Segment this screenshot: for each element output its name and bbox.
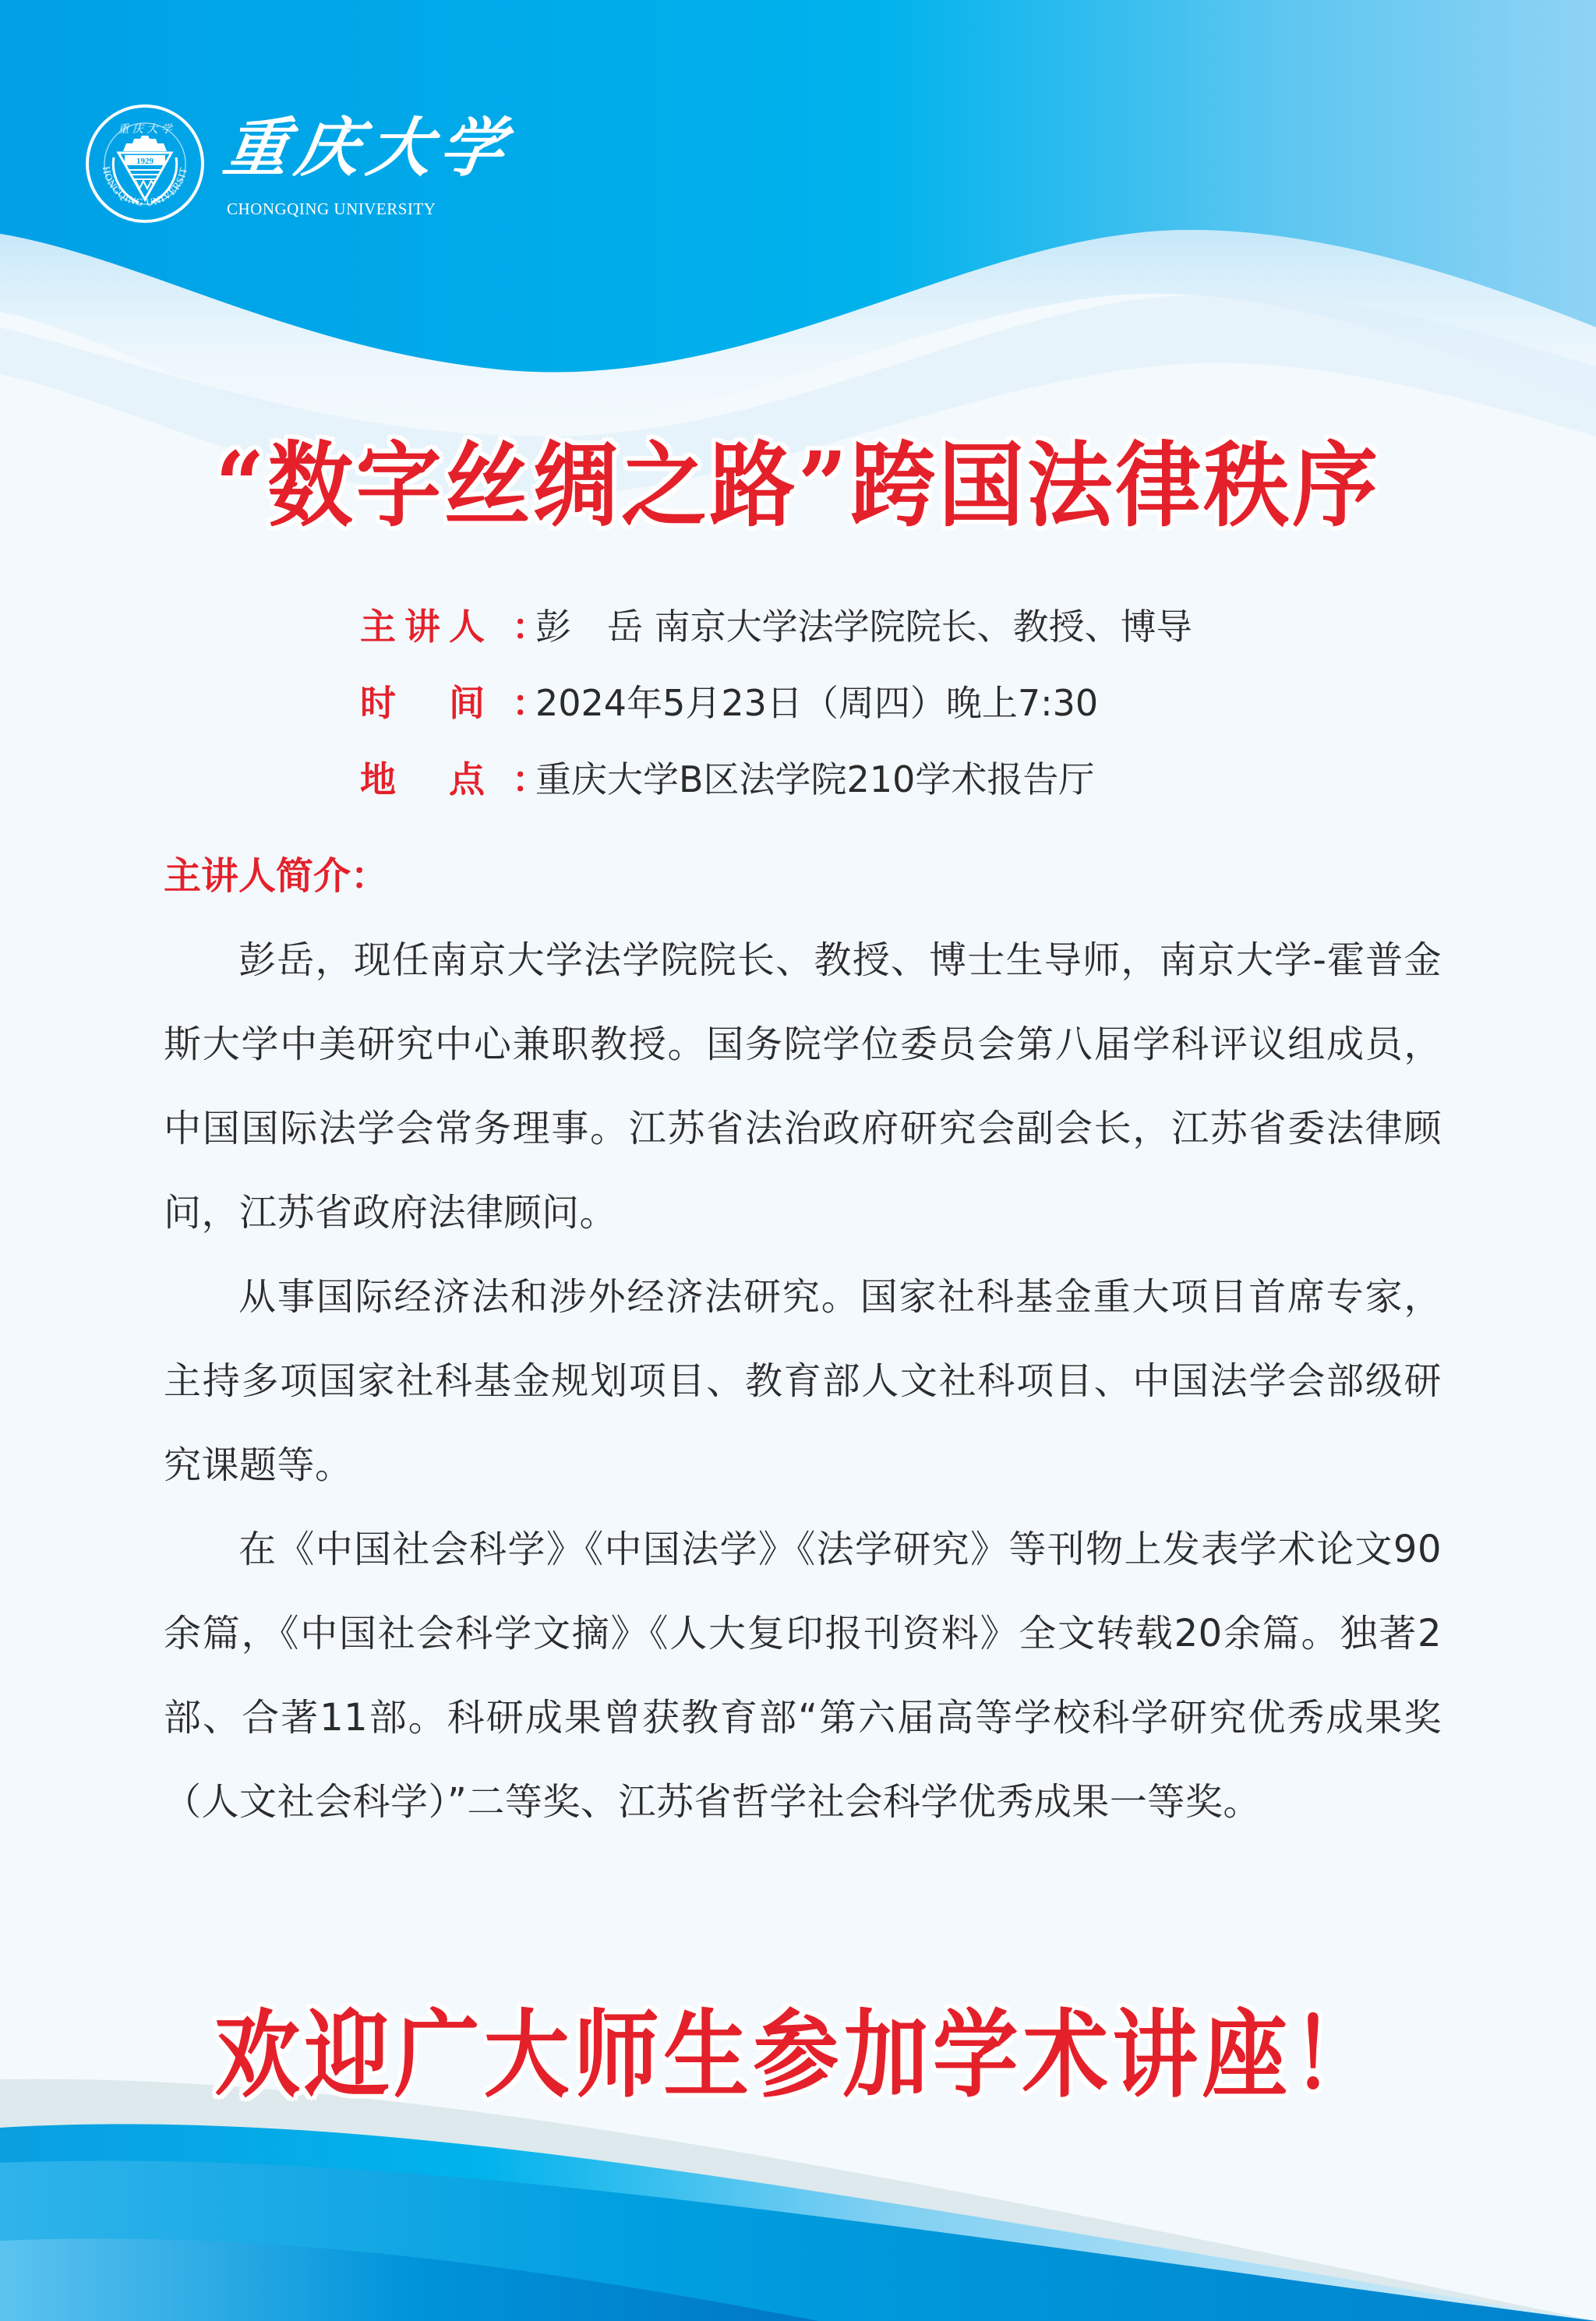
info-row-location: 地 点 ： 重庆大学B区法学院210学术报告厅	[360, 739, 1192, 815]
svg-text:重 庆 大 学: 重 庆 大 学	[118, 123, 173, 136]
label-char: 点	[449, 751, 485, 803]
bio-paragraph: 从事国际经济法和涉外经济法研究。国家社科基金重大项目首席专家，主持多项国家社科基…	[164, 1255, 1442, 1507]
bio-paragraph: 彭岳，现任南京大学法学院院长、教授、博士生导师，南京大学-霍普金斯大学中美研究中…	[164, 918, 1442, 1255]
university-logo: 1929 CHONGQING UNIVERSITY 重 庆 大 学 重庆大学 C…	[84, 103, 489, 228]
lecture-info: 主 讲 人 ： 彭 岳 南京大学法学院院长、教授、博导 时 间 ： 2024年5…	[360, 586, 1192, 815]
label-char: 人	[449, 599, 485, 650]
welcome-slogan: 欢迎广大师生参加学术讲座！	[79, 1992, 1516, 2117]
university-name-cn: 重庆大学	[219, 109, 517, 187]
label-char: 地	[360, 751, 396, 803]
lecture-title: “数字丝绸之路”跨国法律秩序	[56, 427, 1541, 544]
info-value-speaker: 彭 岳 南京大学法学院院长、教授、博导	[535, 599, 1192, 650]
info-colon: ：	[512, 599, 535, 650]
label-char: 间	[449, 675, 485, 726]
university-emblem-icon: 1929 CHONGQING UNIVERSITY 重 庆 大 学	[84, 103, 206, 224]
info-label-speaker: 主 讲 人	[360, 599, 512, 650]
bio-heading: 主讲人简介：	[164, 846, 388, 899]
info-label-time: 时 间	[360, 675, 512, 726]
info-colon: ：	[512, 751, 535, 803]
info-row-time: 时 间 ： 2024年5月23日（周四）晚上7:30	[360, 662, 1192, 739]
info-value-location: 重庆大学B区法学院210学术报告厅	[535, 751, 1094, 803]
info-label-location: 地 点	[360, 751, 512, 803]
bio-paragraph: 在《中国社会科学》《中国法学》《法学研究》等刊物上发表学术论文90余篇，《中国社…	[164, 1507, 1442, 1844]
svg-text:1929: 1929	[136, 157, 154, 166]
university-name-en: CHONGQING UNIVERSITY	[227, 200, 436, 219]
label-char: 时	[360, 675, 396, 726]
info-row-speaker: 主 讲 人 ： 彭 岳 南京大学法学院院长、教授、博导	[360, 586, 1192, 662]
speaker-bio: 彭岳，现任南京大学法学院院长、教授、博士生导师，南京大学-霍普金斯大学中美研究中…	[164, 918, 1442, 1844]
label-char: 主	[360, 599, 396, 650]
info-colon: ：	[512, 675, 535, 726]
info-value-time: 2024年5月23日（周四）晚上7:30	[535, 675, 1098, 726]
label-char: 讲	[404, 599, 440, 650]
